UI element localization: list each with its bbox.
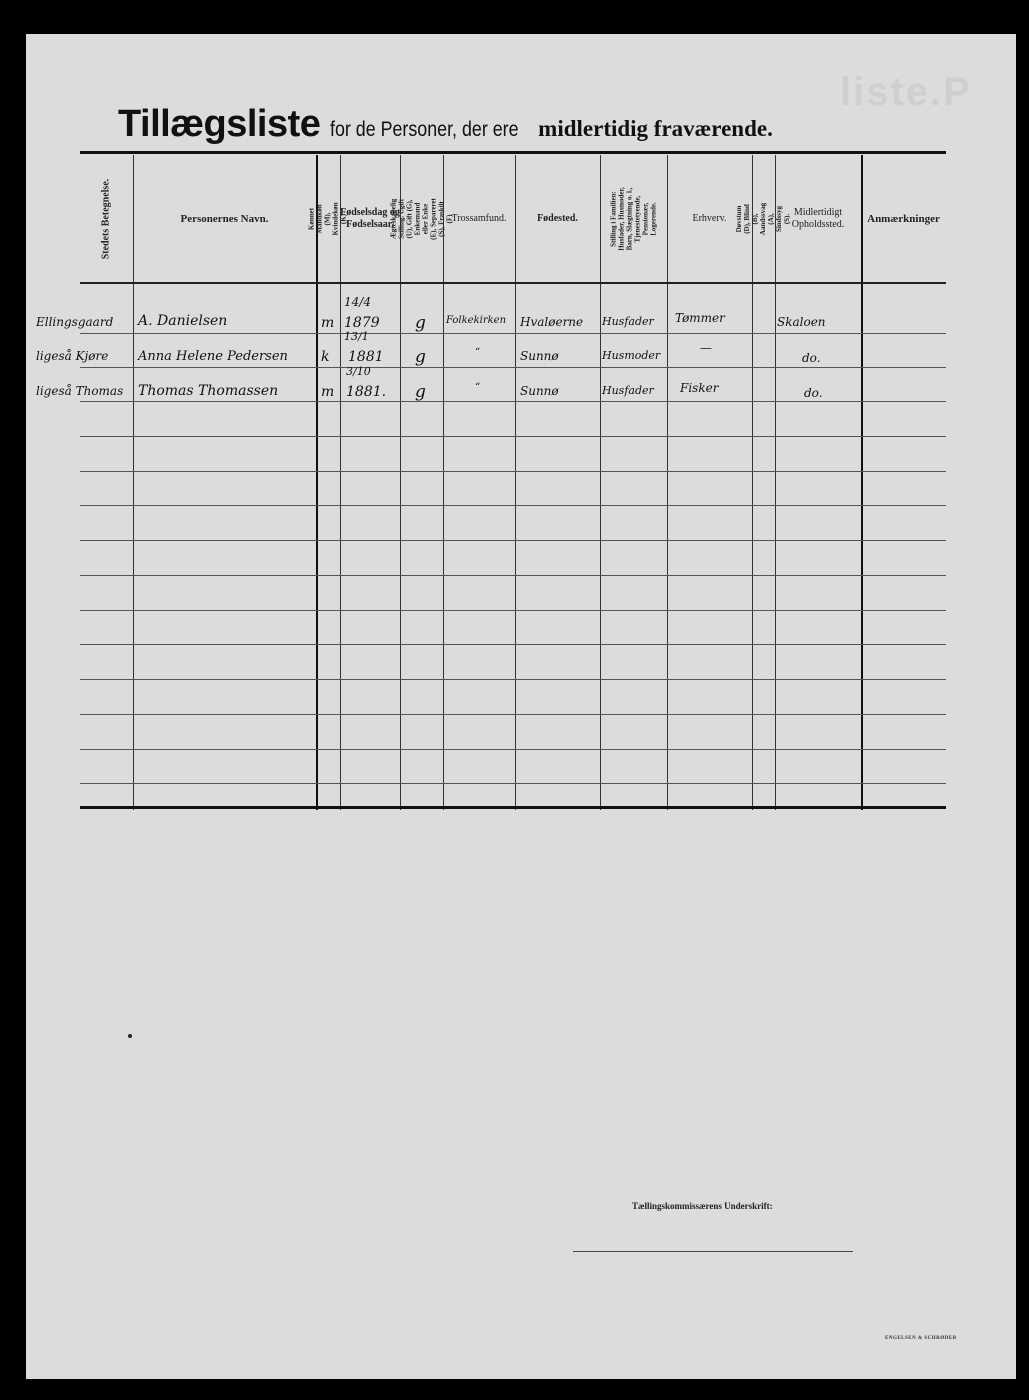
table-bottom-rule [80, 806, 946, 809]
cell-erhverv: — [700, 341, 712, 355]
cell-fodselsaar: 1881 [348, 349, 384, 365]
header-midlertidigt-opholdssted: Midlertidigt Opholdssted. [775, 155, 861, 282]
bleed-through-text: liste.P [840, 70, 972, 115]
cell-sted: ligeså Thomas [36, 384, 123, 398]
row-line [80, 575, 946, 576]
cell-kjon: m [321, 384, 334, 400]
signature-label: Tællingskommissærens Underskrift: [632, 1201, 773, 1211]
cell-aegteskab: g [415, 313, 426, 333]
cell-familie: Husmoder [602, 349, 660, 362]
header-aegteskabelig-stilling: Ægteskabelig Stilling. Ugift (U), Gift (… [400, 155, 443, 282]
cell-aegteskab: g [415, 347, 426, 367]
cell-navn: A. Danielsen [138, 313, 227, 329]
row-line [80, 367, 946, 368]
row-line [80, 644, 946, 645]
title-middle: for de Personer, der ere [330, 118, 519, 142]
header-bottom-rule [80, 282, 946, 284]
header-trossamfund: Trossamfund. [443, 155, 515, 282]
row-line [80, 333, 946, 334]
row-line [80, 505, 946, 506]
title-main: Tillægsliste [118, 103, 320, 145]
header-stedets-betegnelse: Stedets Betegnelse. [80, 155, 133, 282]
row-line [80, 436, 946, 437]
census-table: Stedets Betegnelse. Personernes Navn. Kø… [80, 155, 946, 810]
header-fodested: Fødested. [515, 155, 600, 282]
cell-fodselsdag: 14/4 [344, 295, 371, 309]
cell-fodested: Hvaløerne [520, 315, 583, 329]
ink-spot [128, 1034, 132, 1038]
cell-opholdssted: Skaloen [777, 315, 826, 329]
header-kjonnet: Kønnet Mandkøn (M), Kvindekøn (K) [316, 155, 340, 282]
signature-line[interactable] [573, 1251, 853, 1252]
header-personernes-navn: Personernes Navn. [133, 155, 316, 282]
row-line [80, 401, 946, 402]
cell-opholdssted: do. [804, 386, 823, 400]
cell-erhverv: Tømmer [675, 311, 725, 325]
cell-fodested: Sunnø [520, 349, 559, 363]
cell-fodselsdag: 3/10 [346, 365, 371, 378]
row-line [80, 610, 946, 611]
cell-fodested: Sunnø [520, 384, 559, 398]
row-line [80, 749, 946, 750]
cell-trossamfund: “ [475, 347, 480, 358]
cell-sted: ligeså Kjøre [36, 349, 108, 363]
cell-opholdssted: do. [802, 351, 821, 365]
cell-fodselsaar: 1881. [346, 384, 386, 400]
row-line [80, 783, 946, 784]
row-line [80, 471, 946, 472]
cell-kjon: m [321, 315, 334, 331]
row-line [80, 540, 946, 541]
cell-trossamfund: Folkekirken [446, 315, 506, 326]
cell-navn: Anna Helene Pedersen [138, 349, 288, 364]
printer-mark: ENGELSEN & SCHRØDER [885, 1336, 957, 1341]
row-line [80, 679, 946, 680]
cell-aegteskab: g [415, 382, 426, 402]
row-line [80, 714, 946, 715]
header-sanser: Døvstum (D), Blind (B), Aandssvag (A), S… [752, 155, 775, 282]
cell-kjon: k [321, 349, 329, 365]
title-end: midlertidig fraværende. [538, 116, 773, 141]
cell-trossamfund: “ [475, 382, 480, 393]
cell-fodselsaar: 1879 [344, 315, 380, 331]
title-rule [80, 151, 946, 154]
cell-erhverv: Fisker [680, 381, 718, 395]
form-title: Tillægsliste for de Personer, der ere mi… [118, 103, 773, 146]
cell-familie: Husfader [602, 315, 654, 328]
cell-navn: Thomas Thomassen [138, 383, 278, 399]
header-anmaerkninger: Anmærkninger [861, 155, 946, 282]
header-stilling-i-familien: Stilling i Familien: Husfader, Husmoder,… [600, 155, 667, 282]
cell-familie: Husfader [602, 384, 654, 397]
cell-fodselsdag: 13/1 [344, 330, 369, 343]
cell-sted: Ellingsgaard [36, 315, 113, 329]
